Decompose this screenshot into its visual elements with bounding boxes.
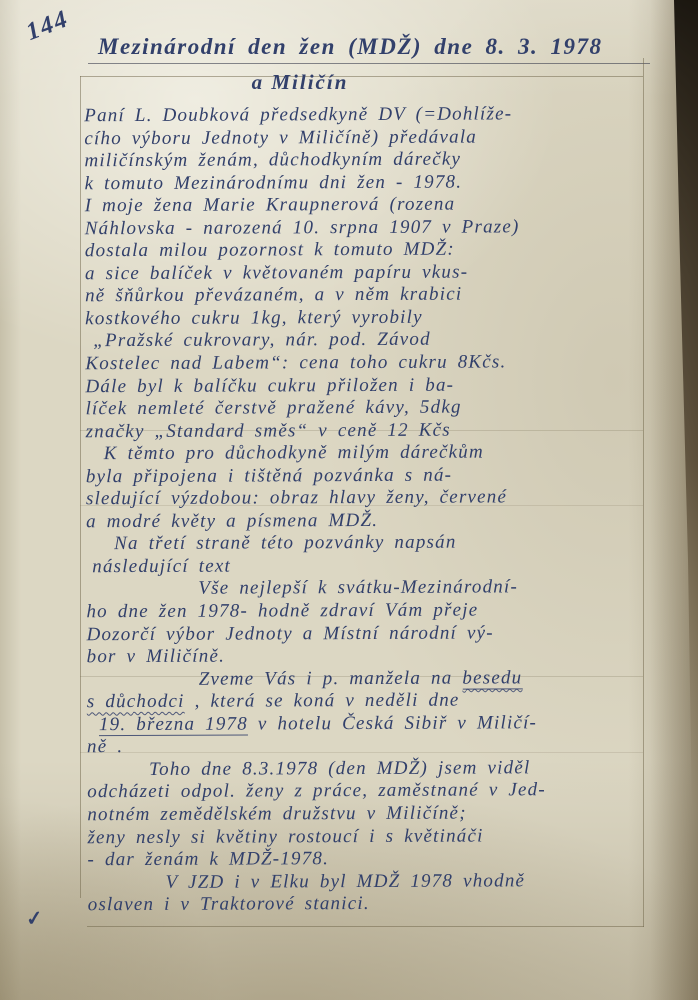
- handwritten-line: a sice balíček v květovaném papíru vkus-: [85, 261, 651, 286]
- underlined-text: s důchodci: [87, 691, 185, 712]
- handwritten-line: odcházeti odpol. ženy z práce, zaměstnan…: [87, 779, 653, 804]
- handwritten-line: líček nemleté čerstvě pražené kávy, 5dkg: [86, 396, 652, 421]
- text-segment: odcházeti odpol. ženy z práce, zaměstnan…: [87, 780, 546, 803]
- handwritten-line: následující text: [86, 554, 652, 579]
- handwritten-line: dostala milou pozornost k tomuto MDŽ:: [85, 238, 651, 263]
- text-segment: , která se koná v neděli dne: [185, 690, 460, 712]
- handwritten-line: Náhlovska - narozená 10. srpna 1907 v Pr…: [85, 216, 651, 241]
- text-segment: ženy nesly si květiny rostoucí i s květi…: [87, 825, 483, 848]
- handwritten-line: oslaven i v Traktorové stanici.: [88, 892, 654, 917]
- handwritten-line: s důchodci , která se koná v neděli dne: [87, 689, 653, 714]
- title-underline: [88, 63, 650, 64]
- text-segment: „Pražské cukrovary, nár. pod. Závod: [93, 329, 431, 351]
- checkmark: ✓: [25, 905, 44, 932]
- text-segment: notném zemědělském družstvu v Miličíně;: [87, 803, 466, 826]
- page-number: 144: [22, 5, 73, 47]
- handwritten-line: - dar ženám k MDŽ-1978.: [87, 847, 653, 872]
- text-segment: cího výboru Jednoty v Miličíně) předával…: [84, 126, 477, 149]
- handwritten-line: Vše nejlepší k svátku-Mezinárodní-: [86, 576, 652, 601]
- text-segment: Toho dne 8.3.1978 (den MDŽ) jsem viděl: [149, 757, 530, 780]
- handwritten-line: I moje žena Marie Kraupnerová (rozena: [85, 193, 651, 218]
- text-segment: líček nemleté čerstvě pražené kávy, 5dkg: [86, 397, 462, 420]
- text-segment: k tomuto Mezinárodnímu dni žen - 1978.: [85, 171, 463, 194]
- text-segment: značky „Standard směs“ v ceně 12 Kčs: [86, 419, 451, 442]
- handwritten-line: Kostelec nad Labem“: cena toho cukru 8Kč…: [85, 351, 651, 376]
- text-segment: oslaven i v Traktorové stanici.: [88, 893, 370, 915]
- text-segment: Zveme Vás i p. manžela na: [199, 667, 463, 689]
- handwritten-line: Zveme Vás i p. manžela na besedu: [87, 666, 653, 691]
- document-title: Mezinárodní den žen (MDŽ) dne 8. 3. 1978: [98, 34, 658, 60]
- text-segment: Na třetí straně této pozvánky napsán: [114, 532, 456, 554]
- text-segment: v hotelu Česká Sibiř v Miličí-: [248, 712, 537, 734]
- handwritten-line: Dále byl k balíčku cukru přiložen i ba-: [85, 373, 651, 398]
- handwritten-line: Toho dne 8.3.1978 (den MDŽ) jsem viděl: [87, 757, 653, 782]
- text-segment: Paní L. Doubková předsedkyně DV (=Dohlíž…: [84, 103, 512, 126]
- handwritten-line: Paní L. Doubková předsedkyně DV (=Dohlíž…: [84, 103, 650, 128]
- text-segment: a sice balíček v květovaném papíru vkus-: [85, 261, 468, 284]
- handwritten-line: značky „Standard směs“ v ceně 12 Kčs: [86, 418, 652, 443]
- text-segment: následující text: [92, 556, 231, 578]
- handwritten-line: ženy nesly si květiny rostoucí i s květi…: [87, 824, 653, 849]
- underlined-text: 19. března 1978: [99, 713, 248, 736]
- text-segment: kostkového cukru 1kg, který vyrobily: [85, 307, 423, 329]
- handwritten-line: cího výboru Jednoty v Miličíně) předával…: [84, 125, 650, 150]
- handwritten-line: ně šňůrkou převázaném, a v něm krabici: [85, 283, 651, 308]
- handwritten-line: k tomuto Mezinárodnímu dni žen - 1978.: [85, 170, 651, 195]
- text-segment: K těmto pro důchodkyně milým dárečkům: [104, 442, 484, 465]
- text-segment: bor v Miličíně.: [87, 646, 225, 668]
- text-segment: byla připojena i tištěná pozvánka s ná-: [86, 464, 452, 487]
- underlined-text: besedu: [462, 667, 522, 689]
- text-segment: miličínským ženám, důchodkyním dárečky: [84, 149, 461, 172]
- ruling-bottom-line: [87, 926, 644, 927]
- paper-page: 144 Mezinárodní den žen (MDŽ) dne 8. 3. …: [0, 0, 698, 1000]
- manuscript-body: Paní L. Doubková předsedkyně DV (=Dohlíž…: [84, 103, 654, 917]
- handwritten-line: bor v Miličíně.: [87, 644, 653, 669]
- text-segment: - dar ženám k MDŽ-1978.: [87, 848, 329, 870]
- handwritten-line: K těmto pro důchodkyně milým dárečkům: [86, 441, 652, 466]
- handwritten-line: 19. března 1978 v hotelu Česká Sibiř v M…: [87, 712, 653, 737]
- text-segment: Dále byl k balíčku cukru přiložen i ba-: [85, 374, 454, 397]
- document-subtitle: a Miličín: [90, 70, 510, 95]
- handwritten-line: a modré květy a písmena MDŽ.: [86, 509, 652, 534]
- text-segment: Kostelec nad Labem“: cena toho cukru 8Kč…: [85, 351, 506, 374]
- text-segment: ně šňůrkou převázaném, a v něm krabici: [85, 284, 462, 307]
- text-segment: ně .: [87, 736, 123, 757]
- margin-line-left: [80, 76, 81, 898]
- text-segment: a modré květy a písmena MDŽ.: [86, 510, 378, 532]
- handwritten-line: byla připojena i tištěná pozvánka s ná-: [86, 464, 652, 489]
- text-segment: Vše nejlepší k svátku-Mezinárodní-: [198, 577, 518, 599]
- handwritten-line: V JZD i v Elku byl MDŽ 1978 vhodně: [88, 869, 654, 894]
- handwritten-line: „Pražské cukrovary, nár. pod. Závod: [85, 328, 651, 353]
- handwritten-line: miličínským ženám, důchodkyním dárečky: [84, 148, 650, 173]
- text-segment: ho dne žen 1978- hodně zdraví Vám přeje: [86, 600, 478, 623]
- handwritten-line: ho dne žen 1978- hodně zdraví Vám přeje: [86, 599, 652, 624]
- handwritten-line: ně .: [87, 734, 653, 759]
- handwritten-line: Na třetí straně této pozvánky napsán: [86, 531, 652, 556]
- handwritten-line: sledující výzdobou: obraz hlavy ženy, če…: [86, 486, 652, 511]
- text-segment: dostala milou pozornost k tomuto MDŽ:: [85, 239, 455, 262]
- text-segment: Náhlovska - narozená 10. srpna 1907 v Pr…: [85, 216, 520, 239]
- text-segment: I moje žena Marie Kraupnerová (rozena: [85, 194, 456, 217]
- handwritten-line: kostkového cukru 1kg, který vyrobily: [85, 306, 651, 331]
- handwritten-line: Dozorčí výbor Jednoty a Místní národní v…: [86, 621, 652, 646]
- text-segment: V JZD i v Elku byl MDŽ 1978 vhodně: [166, 870, 526, 893]
- text-segment: sledující výzdobou: obraz hlavy ženy, če…: [86, 487, 507, 510]
- text-segment: Dozorčí výbor Jednoty a Místní národní v…: [86, 622, 493, 645]
- handwritten-line: notném zemědělském družstvu v Miličíně;: [87, 802, 653, 827]
